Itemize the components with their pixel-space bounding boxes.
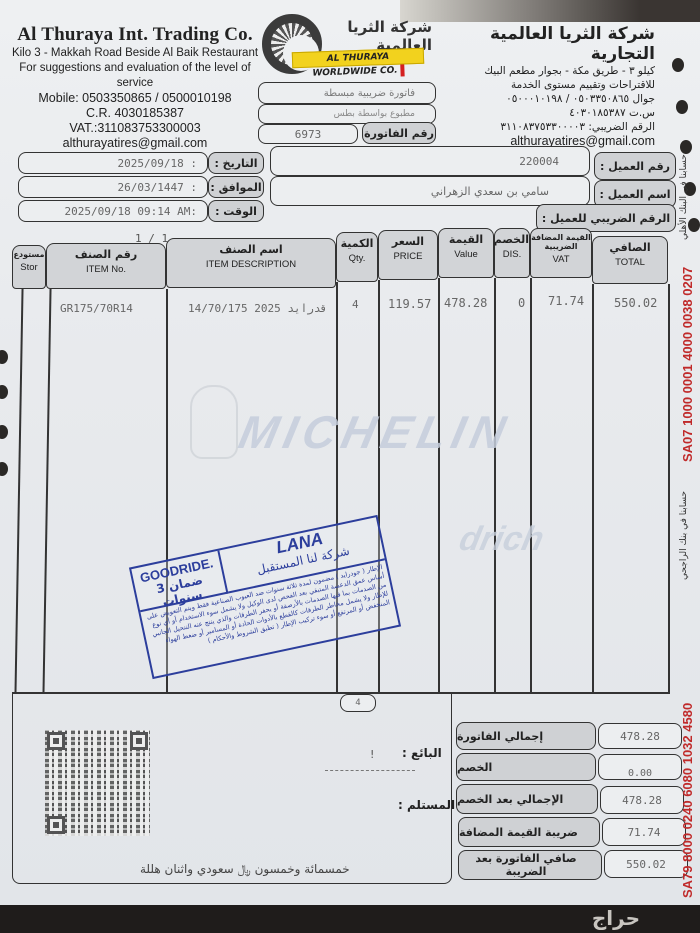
column-header-item-no: رقم الصنفITEM No. — [46, 243, 166, 289]
company-address-ar: كيلو ٣ - طريق مكة - بجوار مطعم البيك — [425, 64, 655, 78]
column-header-vat: القيمة المضافة الضريبيةVAT — [530, 228, 592, 278]
column-header-discount: الخصمDIS. — [494, 228, 530, 278]
item-vat: 71.74 — [548, 294, 584, 308]
company-header-ar: شركة الثريا العالمية التجارية كيلو ٣ - ط… — [425, 24, 655, 148]
background-top — [400, 0, 700, 22]
time-value: 2025/09/18 09:14 AM: — [18, 200, 208, 222]
invoice-total-value: 478.28 — [598, 723, 682, 749]
invoice-number-label: رقم الفاتورة — [362, 122, 436, 144]
company-mobile-ar: جوال ٠٥٠٣٣٥٠٨٦٥ / ٠٥٠٠٠١٠١٩٨ — [425, 92, 655, 106]
time-label: الوقت : — [208, 200, 264, 222]
item-number: GR175/70R14 — [60, 302, 133, 315]
company-address-en: Kilo 3 - Makkah Road Beside Al Baik Rest… — [10, 46, 260, 61]
item-description: قدرايد 2025 14/70/175 — [188, 302, 327, 315]
column-header-price: السعرPRICE — [378, 230, 438, 280]
haraj-watermark-logo: حراج — [592, 906, 640, 930]
brand-watermark: drich — [456, 520, 547, 559]
invoice-type-box: فاتورة ضريبية مبسطة — [258, 82, 436, 104]
date-value: 2025/09/18 : — [18, 152, 208, 174]
seller-value: ! — [370, 748, 374, 761]
invoice-number-value: 6973 — [258, 124, 358, 144]
column-header-store: مستودعStor — [12, 245, 46, 289]
column-header-description: اسم الصنفITEM DESCRIPTION — [166, 238, 336, 288]
qr-code — [45, 730, 150, 836]
company-cr-en: C.R. 4030185387 — [10, 106, 260, 121]
bank-rajhi-label: حسابنا في بنك الراجحي — [679, 491, 689, 580]
item-price: 119.57 — [388, 297, 431, 311]
invoice-type-box-2: مطبوع بواسطة بطس — [258, 104, 436, 124]
hijri-date-label: الموافق : — [208, 176, 264, 198]
net-total-value: 550.02 — [604, 850, 688, 878]
michelin-watermark: MICHELIN — [234, 405, 516, 459]
column-line — [378, 280, 380, 694]
bank-rajhi-iban: SA79 8000 0240 6080 1032 4580 — [680, 703, 695, 898]
vat-total-value: 71.74 — [602, 818, 686, 846]
company-name-en: Al Thuraya Int. Trading Co. — [10, 24, 260, 46]
hijri-date-value: 26/03/1447 : — [18, 176, 208, 198]
company-email-en: althurayatires@gmail.com — [10, 136, 260, 151]
column-line — [438, 278, 440, 694]
column-line — [530, 278, 532, 694]
item-discount: 0 — [518, 296, 525, 310]
column-header-total: الصافيTOTAL — [592, 236, 668, 284]
discount-label: الخصم — [456, 753, 596, 781]
column-header-value: القيمةValue — [438, 228, 494, 278]
company-vat-en: VAT.:311083753300003 — [10, 121, 260, 136]
seller-label: البائع : — [402, 746, 442, 760]
column-header-qty: الكميةQty. — [336, 232, 378, 282]
item-qty: 4 — [352, 298, 359, 311]
item-total: 550.02 — [614, 296, 657, 310]
invoice-total-label: إجمالي الفاتورة — [456, 722, 596, 750]
customer-number-label: رقم العميل : — [594, 152, 676, 180]
company-vat-ar: الرقم الضريبي: ٣١١٠٨٣٧٥٣٣٠٠٠٠٣ — [425, 120, 655, 134]
punch-hole — [688, 218, 700, 232]
seller-signature-line — [325, 770, 415, 771]
company-suggestions-en: For suggestions and evaluation of the le… — [10, 61, 260, 91]
punch-hole — [680, 140, 692, 154]
date-label: التاريخ : — [208, 152, 264, 174]
bank-ahli-iban: SA07 1000 0001 4000 0038 0207 — [680, 267, 695, 462]
net-total-label: صافي الفاتورة بعد الضريبة — [458, 850, 602, 880]
bank-ahli-label: حسابنا في البنك الأهلي — [679, 154, 689, 240]
amount-in-words: خمسمائة وخمسون ﷼ سعودي واثنان هللة — [140, 862, 350, 877]
customer-name-value: سامي بن سعدي الزهراني — [270, 176, 590, 206]
company-logo: شركة الثريا العالمية AL THURAYA WORLDWID… — [262, 14, 432, 78]
company-header-en: Al Thuraya Int. Trading Co. Kilo 3 - Mak… — [10, 24, 260, 151]
michelin-man-watermark — [190, 385, 238, 459]
company-mobile-en: Mobile: 0503350865 / 0500010198 — [10, 91, 260, 106]
column-line — [494, 278, 496, 694]
company-suggestions-ar: للاقتراحات وتقييم مستوى الخدمة — [425, 78, 655, 92]
column-line — [592, 284, 594, 694]
company-cr-ar: س.ت ٤٠٣٠١٨٥٣٨٧ — [425, 106, 655, 120]
vat-total-label: ضريبة القيمة المضافة — [458, 817, 600, 847]
after-discount-label: الإجمالي بعد الخصم — [456, 784, 598, 814]
discount-value: 0.00 — [598, 754, 682, 780]
item-value: 478.28 — [444, 296, 487, 310]
customer-number-value: 220004 — [270, 146, 590, 176]
logo-band: AL THURAYA WORLDWIDE CO. — [292, 48, 424, 69]
receiver-label: المستلم : — [398, 798, 455, 812]
after-discount-value: 478.28 — [600, 786, 684, 814]
company-name-ar: شركة الثريا العالمية التجارية — [425, 24, 655, 64]
punch-hole — [676, 100, 688, 114]
column-line — [668, 284, 670, 694]
punch-hole — [672, 58, 684, 72]
